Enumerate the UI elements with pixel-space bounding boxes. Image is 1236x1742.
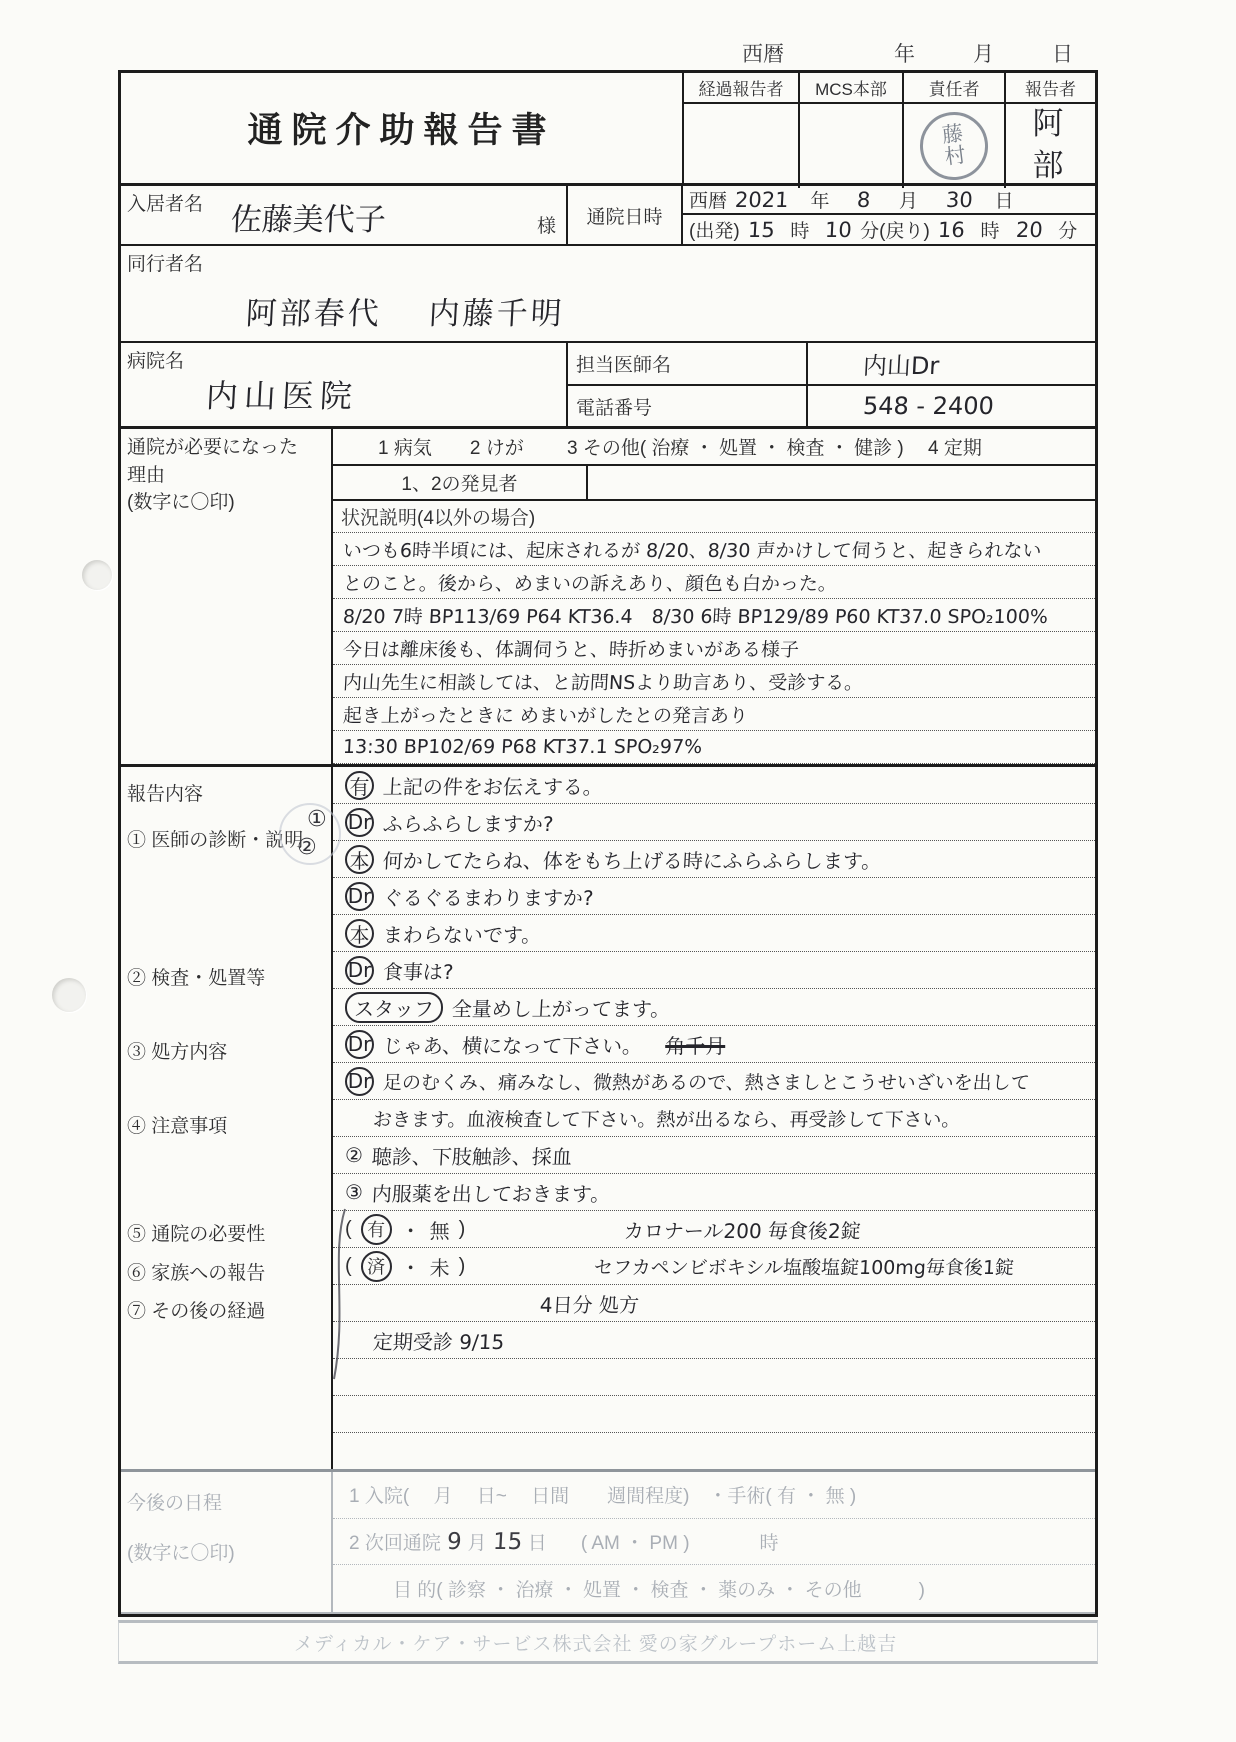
phone-label: 電話番号 bbox=[568, 386, 808, 426]
col-reporter: 報告者 bbox=[1006, 73, 1095, 104]
reason-options: 1 病気 2 けが 3 その他( 治療 ・ 処置 ・ 検査 ・ 健診 ) 4 定… bbox=[333, 429, 1095, 466]
manager-cell: 藤村 bbox=[904, 104, 1006, 188]
scanned-form-page: 西暦 年 月 日 通院介助報告書 経過報告者 MCS本部 責任者 報告者 藤村 bbox=[0, 0, 1236, 1742]
visit-datetime-values: 西暦 2021 年 8 月 30 日 (出発) 15 時 10 分 (戻り) 1… bbox=[683, 186, 1095, 244]
report-line: 本 何かしてたらね、体をもち上げる時にふらふらします。 bbox=[333, 841, 1095, 878]
doctor-name: 内山Dr bbox=[808, 343, 1095, 386]
col-manager: 責任者 bbox=[904, 73, 1006, 104]
report-item-6: ⑥ 家族への報告 bbox=[127, 1258, 265, 1285]
report-line: ② 聴診、下肢触診、採血 bbox=[333, 1137, 1095, 1174]
departure-hour: 15 bbox=[747, 218, 775, 242]
report-line-empty bbox=[333, 1433, 1095, 1469]
companion-names: 阿部春代 内藤千明 bbox=[245, 288, 566, 333]
doctor-badge: Dr bbox=[345, 1030, 374, 1059]
reporter-signature: 阿部 bbox=[1033, 104, 1069, 188]
next-checkup-note: 定期受診 9/15 bbox=[372, 1326, 505, 1355]
resident-cell: 入居者名 佐藤美代子 様 bbox=[121, 186, 568, 244]
reason-label-2: 理由 bbox=[127, 462, 325, 490]
departure-min-unit: 分 bbox=[860, 216, 879, 243]
report-line: 本 まわらないです。 bbox=[333, 915, 1095, 952]
schedule-row-hospitalization: 1 入院( 月 日~ 日間 週間程度) ・手術( 有 ・ 無 ) bbox=[333, 1472, 1095, 1519]
return-hour-unit: 時 bbox=[981, 216, 1000, 243]
schedule-section: 今後の日程 (数字に〇印) 1 入院( 月 日~ 日間 週間程度) ・手術( 有… bbox=[121, 1472, 1095, 1614]
schedule-label-2: (数字に〇印) bbox=[127, 1538, 235, 1565]
reason-content: 1 病気 2 けが 3 その他( 治療 ・ 処置 ・ 検査 ・ 健診 ) 4 定… bbox=[333, 429, 1095, 764]
report-line: Dr ぐるぐるまわりますか? bbox=[333, 878, 1095, 915]
finder-label: 1、2の発見者 bbox=[333, 466, 588, 499]
doctor-badge: Dr bbox=[345, 1067, 374, 1096]
departure-hour-unit: 時 bbox=[790, 216, 809, 243]
visit-year-unit: 年 bbox=[810, 186, 829, 213]
report-line: ③ 内服薬を出しておきます。 bbox=[333, 1174, 1095, 1211]
resident-name: 佐藤美代子 bbox=[230, 194, 387, 239]
report-line-empty bbox=[333, 1359, 1095, 1396]
top-date-month-unit: 月 bbox=[973, 38, 994, 68]
hospital-label: 病院名 bbox=[127, 346, 184, 373]
prescription-2: セフカペンビボキシル塩酸塩錠100mg毎食後1錠 bbox=[594, 1253, 1015, 1280]
report-line: Dr ふらふらしますか? bbox=[333, 804, 1095, 841]
visit-date-row: 西暦 2021 年 8 月 30 日 bbox=[683, 186, 1095, 215]
schedule-row-next-visit: 2 次回通院 9 月 15 日 ( AM ・ PM ) 時 bbox=[333, 1519, 1095, 1566]
footer-company-band: メディカル・ケア・サービス株式会社 愛の家グループホーム上越吉 bbox=[118, 1620, 1098, 1664]
report-item-7: ⑦ その後の経過 bbox=[127, 1296, 265, 1323]
report-content: 有 上記の件をお伝えする。 Dr ふらふらしますか? 本 何かしてたらね、体をも… bbox=[333, 767, 1095, 1469]
visit-time-row: (出発) 15 時 10 分 (戻り) 16 時 20 分 bbox=[683, 215, 1095, 244]
circled-choice-yes: 有 bbox=[361, 1214, 392, 1245]
report-line: 有 上記の件をお伝えする。 bbox=[333, 767, 1095, 804]
report-item-5: ⑤ 通院の必要性 bbox=[127, 1219, 265, 1246]
form-title: 通院介助報告書 bbox=[247, 103, 555, 153]
report-line: Dr 食事は? bbox=[333, 952, 1095, 989]
punch-hole bbox=[82, 560, 112, 590]
situation-line: 13:30 BP102/69 P68 KT37.1 SPO₂97% bbox=[333, 731, 1095, 764]
companion-label: 同行者名 bbox=[127, 249, 203, 276]
col-mcs-hq: MCS本部 bbox=[800, 73, 904, 104]
report-section: 報告内容 ① 医師の診断・説明 ② 検査・処置等 ③ 処方内容 ④ 注意事項 ⑤… bbox=[121, 767, 1095, 1472]
report-item-2: ② 検査・処置等 bbox=[127, 963, 265, 990]
report-label: 報告内容 bbox=[127, 779, 203, 806]
resident-label: 入居者名 bbox=[127, 189, 203, 216]
resident-badge: 本 bbox=[345, 919, 374, 948]
report-item-3: ③ 処方内容 bbox=[127, 1037, 227, 1064]
return-hour: 16 bbox=[937, 218, 965, 242]
schedule-label-1: 今後の日程 bbox=[127, 1488, 222, 1515]
punch-hole bbox=[52, 978, 86, 1012]
visit-datetime-label: 通院日時 bbox=[568, 186, 683, 244]
doctor-badge: Dr bbox=[345, 882, 374, 911]
situation-line: 8/20 7時 BP113/69 P64 KT36.4 8/30 6時 BP12… bbox=[333, 599, 1095, 632]
schedule-content: 1 入院( 月 日~ 日間 週間程度) ・手術( 有 ・ 無 ) 2 次回通院 … bbox=[333, 1472, 1095, 1612]
next-visit-day: 15 bbox=[492, 1529, 523, 1555]
reason-label-cell: 通院が必要になった 理由 (数字に〇印) bbox=[121, 429, 333, 764]
report-line: 4日分 処方 bbox=[333, 1285, 1095, 1322]
crossed-out-text: 角千月 bbox=[665, 1030, 725, 1059]
stamp-text: 藤村 bbox=[939, 122, 968, 169]
companion-row: 同行者名 阿部春代 内藤千明 bbox=[121, 246, 1095, 343]
situation-line: 内山先生に相談しては、と訪問NSより助言あり、受診する。 bbox=[333, 665, 1095, 698]
signature-block: 経過報告者 MCS本部 責任者 報告者 藤村 阿部 bbox=[684, 73, 1095, 183]
return-min: 20 bbox=[1015, 218, 1043, 242]
prescription-days: 4日分 処方 bbox=[540, 1289, 901, 1318]
visit-day: 30 bbox=[945, 188, 973, 212]
report-form: 通院介助報告書 経過報告者 MCS本部 責任者 報告者 藤村 阿部 bbox=[118, 70, 1098, 1617]
hospital-name: 内山医院 bbox=[205, 371, 359, 417]
doctor-label: 担当医師名 bbox=[568, 343, 808, 386]
report-line: おきます。血液検査して下さい。熱が出るなら、再受診して下さい。 bbox=[333, 1100, 1095, 1137]
departure-label: (出発) bbox=[689, 216, 740, 243]
circled-choice-done: 済 bbox=[361, 1251, 392, 1282]
reason-label-3: (数字に〇印) bbox=[127, 489, 325, 517]
report-line-choice: ( 有 ・ 無 ) カロナール200 毎食後2錠 bbox=[333, 1211, 1095, 1248]
visit-year: 2021 bbox=[734, 188, 789, 212]
situation-line: とのこと。後から、めまいの訴えあり、顔色も白かった。 bbox=[333, 566, 1095, 599]
return-min-unit: 分 bbox=[1058, 216, 1077, 243]
report-line-choice: ( 済 ・ 未 ) セフカペンビボキシル塩酸塩錠100mg毎食後1錠 bbox=[333, 1248, 1095, 1285]
hospital-row: 病院名 内山医院 担当医師名 内山Dr 電話番号 548 - 2400 bbox=[121, 343, 1095, 429]
top-date-line: 西暦 年 月 日 bbox=[742, 38, 1092, 68]
report-line: スタッフ 全量めし上がってます。 bbox=[333, 989, 1095, 1026]
resident-suffix: 様 bbox=[537, 211, 556, 238]
reporter-cell: 阿部 bbox=[1006, 104, 1095, 188]
hospital-cell: 病院名 内山医院 bbox=[121, 343, 568, 426]
doctor-phone-block: 担当医師名 内山Dr 電話番号 548 - 2400 bbox=[568, 343, 1095, 426]
report-line: Dr じゃあ、横になって下さい。 角千月 bbox=[333, 1026, 1095, 1063]
report-line-empty bbox=[333, 1396, 1095, 1433]
visit-month: 8 bbox=[857, 188, 872, 212]
situation-label: 状況説明(4以外の場合) bbox=[333, 501, 1095, 533]
margin-mark-2: ② bbox=[297, 835, 317, 860]
visit-month-unit: 月 bbox=[899, 186, 918, 213]
title-cell: 通院介助報告書 bbox=[121, 73, 684, 183]
report-item-1: ① 医師の診断・説明 bbox=[127, 825, 303, 852]
resident-row: 入居者名 佐藤美代子 様 通院日時 西暦 2021 年 8 月 30 日 (出発… bbox=[121, 186, 1095, 246]
mcs-hq-cell bbox=[800, 104, 904, 188]
doctor-badge: Dr bbox=[345, 808, 374, 837]
report-label-cell: 報告内容 ① 医師の診断・説明 ② 検査・処置等 ③ 処方内容 ④ 注意事項 ⑤… bbox=[121, 767, 333, 1469]
margin-mark-1: ① bbox=[307, 807, 327, 832]
doctor-badge: Dr bbox=[345, 956, 374, 985]
reason-label-1: 通院が必要になった bbox=[127, 434, 325, 462]
top-date-era: 西暦 bbox=[742, 38, 784, 68]
top-date-year-unit: 年 bbox=[894, 38, 915, 68]
schedule-row-purpose: 目 的( 診察 ・ 治療 ・ 処置 ・ 検査 ・ 薬のみ ・ その他 ) bbox=[333, 1565, 1095, 1612]
progress-reporter-cell bbox=[684, 104, 800, 188]
next-visit-month: 9 bbox=[446, 1529, 462, 1555]
visit-day-unit: 日 bbox=[995, 186, 1014, 213]
circled-3-mark: ③ bbox=[345, 1180, 363, 1204]
manager-stamp: 藤村 bbox=[916, 108, 992, 184]
situation-line: 今日は離床後も、体調伺うと、時折めまいがある様子 bbox=[333, 632, 1095, 665]
reason-section: 通院が必要になった 理由 (数字に〇印) 1 病気 2 けが 3 その他( 治療… bbox=[121, 429, 1095, 767]
circled-2-mark: ② bbox=[345, 1143, 363, 1167]
prescription-1: カロナール200 毎食後2錠 bbox=[624, 1215, 862, 1244]
schedule-label-cell: 今後の日程 (数字に〇印) bbox=[121, 1472, 333, 1612]
visit-era: 西暦 bbox=[689, 186, 727, 213]
situation-line: 起き上がったときに めまいがしたとの発言あり bbox=[333, 698, 1095, 731]
resident-badge: 本 bbox=[345, 845, 374, 874]
return-label: (戻り) bbox=[879, 216, 930, 243]
header-row: 通院介助報告書 経過報告者 MCS本部 責任者 報告者 藤村 阿部 bbox=[121, 73, 1095, 186]
company-name: メディカル・ケア・サービス株式会社 愛の家グループホーム上越吉 bbox=[294, 1629, 897, 1656]
report-item-4: ④ 注意事項 bbox=[127, 1111, 227, 1138]
departure-min: 10 bbox=[825, 218, 853, 242]
col-progress-reporter: 経過報告者 bbox=[684, 73, 800, 104]
finder-row: 1、2の発見者 bbox=[333, 466, 1095, 501]
phone-number: 548 - 2400 bbox=[808, 386, 1095, 426]
hand-drawn-brace bbox=[329, 1207, 351, 1382]
situation-line: いつも6時半頃には、起床されるが 8/20、8/30 声かけして伺うと、起きられ… bbox=[333, 533, 1095, 566]
top-date-day-unit: 日 bbox=[1052, 38, 1073, 68]
staff-badge: スタッフ bbox=[345, 992, 443, 1023]
report-line: Dr 足のむくみ、痛みなし、微熱があるので、熱さましとこうせいざいを出して bbox=[333, 1063, 1095, 1100]
reported-badge: 有 bbox=[345, 771, 374, 800]
report-line: 定期受診 9/15 bbox=[333, 1322, 1095, 1359]
